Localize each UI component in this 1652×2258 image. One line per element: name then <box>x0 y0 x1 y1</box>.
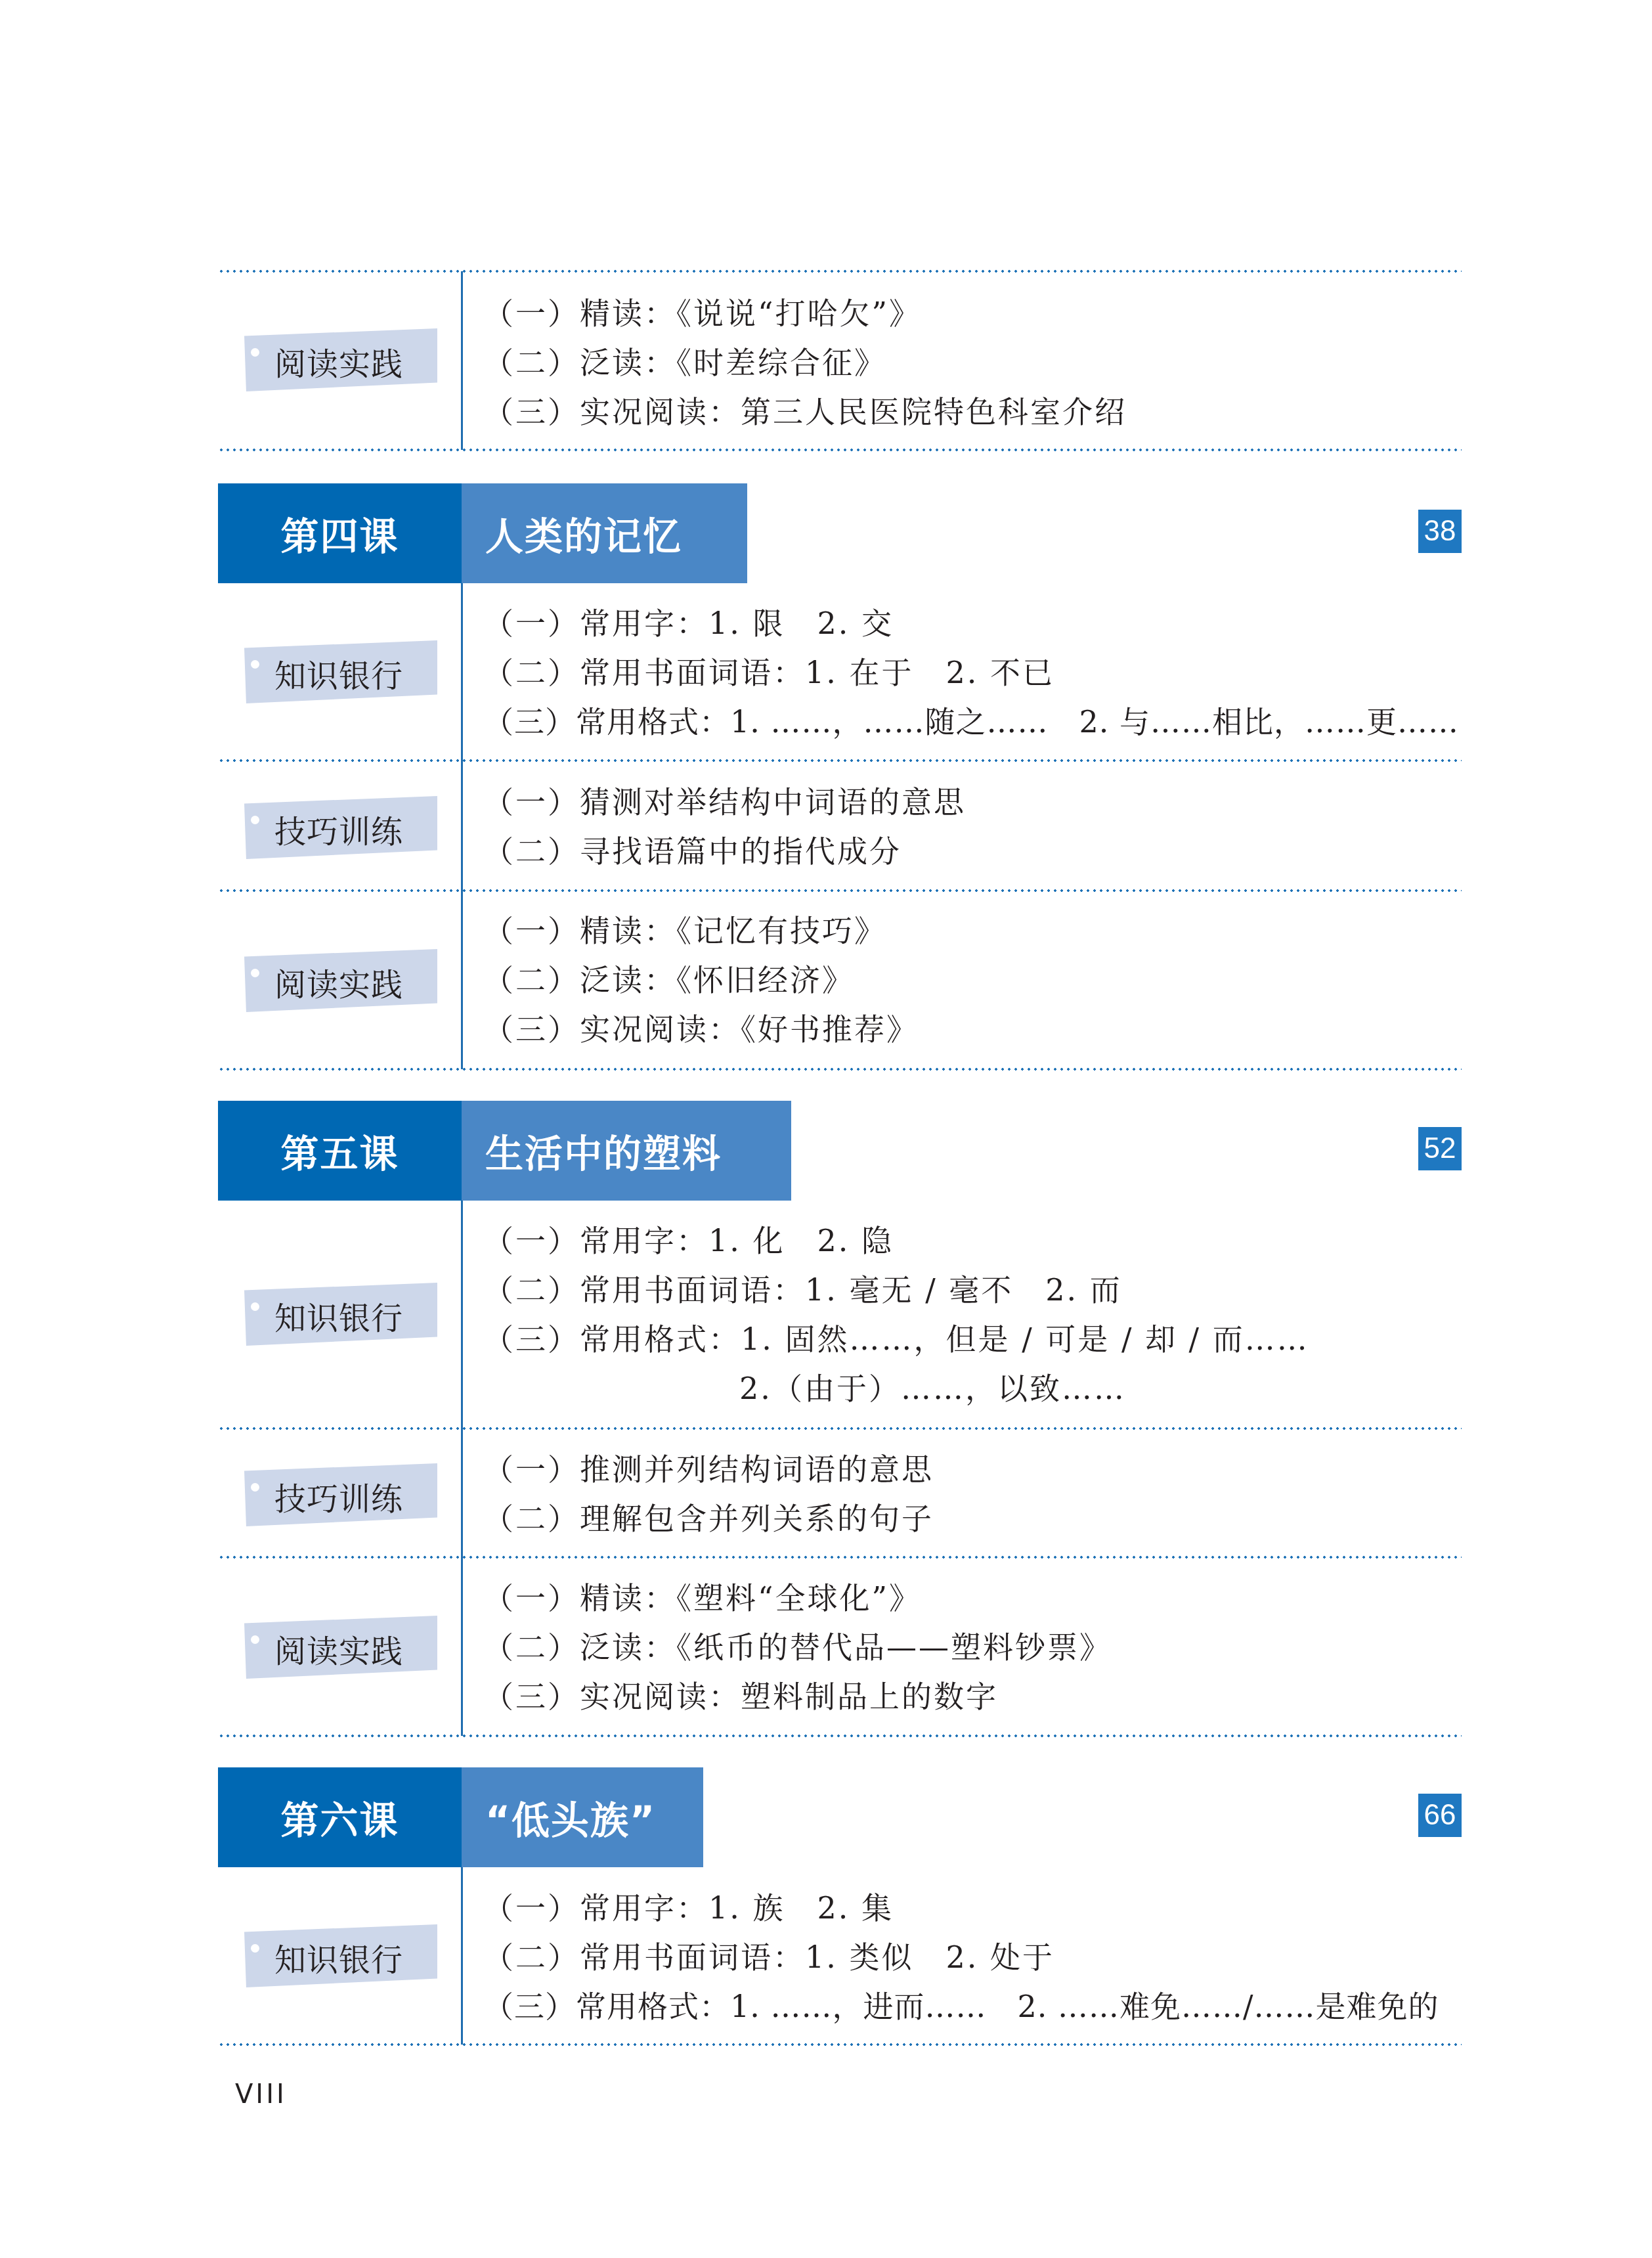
section-label: 阅读实践 <box>274 1626 403 1671</box>
section-label: 阅读实践 <box>274 339 403 384</box>
section-tag-knowledge-bank: 知识银行 <box>244 640 437 703</box>
item-line: （三）实况阅读：塑料制品上的数字 <box>483 1672 1112 1721</box>
tag-hole-icon <box>251 969 259 977</box>
section-label: 知识银行 <box>274 651 403 696</box>
lesson-number[interactable]: 第五课 <box>218 1101 462 1201</box>
section-items: （一）常用字：1. 化 2. 隐 （二）常用书面词语：1. 毫无 / 毫不 2.… <box>483 1216 1309 1413</box>
separator-dotted <box>218 1735 1462 1737</box>
tag-hole-icon <box>251 348 259 357</box>
vertical-divider <box>461 1867 463 2045</box>
item-line: （一）精读：《说说“打哈欠”》 <box>483 289 1127 338</box>
separator-dotted <box>218 449 1462 451</box>
section-tag-skill-training: 技巧训练 <box>244 796 437 859</box>
page-badge[interactable]: 66 <box>1418 1794 1462 1837</box>
item-line: （二）理解包含并列关系的句子 <box>483 1494 934 1543</box>
item-line: （一）精读：《记忆有技巧》 <box>483 906 919 956</box>
section-tag-reading-practice: 阅读实践 <box>244 949 437 1012</box>
section-items: （一）推测并列结构词语的意思 （二）理解包含并列关系的句子 <box>483 1445 934 1543</box>
separator-dotted <box>218 1427 1462 1430</box>
item-line: （一）常用字：1. 化 2. 隐 <box>483 1216 1309 1266</box>
separator-dotted <box>218 759 1462 762</box>
separator-dotted <box>218 270 1462 273</box>
section-items: （一）精读：《记忆有技巧》 （二）泛读：《怀旧经济》 （三）实况阅读：《好书推荐… <box>483 906 919 1054</box>
item-line: （二）泛读：《怀旧经济》 <box>483 956 919 1005</box>
page-number: VIII <box>235 2079 287 2110</box>
section-label: 技巧训练 <box>274 807 403 852</box>
separator-dotted <box>218 2043 1462 2046</box>
tag-hole-icon <box>251 1483 259 1492</box>
item-line: 2.（由于）……，以致…… <box>483 1364 1309 1413</box>
page-badge[interactable]: 38 <box>1418 510 1462 553</box>
section-items: （一）常用字：1. 族 2. 集 （二）常用书面词语：1. 类似 2. 处于 （… <box>483 1884 1439 2031</box>
item-line: （二）常用书面词语：1. 在于 2. 不已 <box>483 648 1459 697</box>
vertical-divider <box>461 583 463 1069</box>
item-line: （一）猜测对举结构中词语的意思 <box>483 778 966 827</box>
section-label: 阅读实践 <box>274 960 403 1005</box>
section-label: 知识银行 <box>274 1935 403 1980</box>
section-items: （一）精读：《塑料“全球化”》 （二）泛读：《纸币的替代品——塑料钞票》 （三）… <box>483 1574 1112 1721</box>
item-line: （一）精读：《塑料“全球化”》 <box>483 1574 1112 1623</box>
lesson-title[interactable]: 生活中的塑料 <box>462 1101 791 1201</box>
vertical-divider <box>461 271 463 450</box>
tag-hole-icon <box>251 1944 259 1953</box>
item-line: （三）常用格式：1. ……，……随之…… 2. 与……相比，……更…… <box>483 697 1459 747</box>
section-items: （一）猜测对举结构中词语的意思 （二）寻找语篇中的指代成分 <box>483 778 966 876</box>
vertical-divider <box>461 1201 463 1736</box>
page-badge[interactable]: 52 <box>1418 1127 1462 1170</box>
item-line: （二）泛读：《纸币的替代品——塑料钞票》 <box>483 1623 1112 1672</box>
lesson-title[interactable]: “低头族” <box>462 1767 703 1867</box>
lesson-title[interactable]: 人类的记忆 <box>462 483 747 583</box>
section-tag-knowledge-bank: 知识银行 <box>244 1924 437 1987</box>
section-items: （一）常用字：1. 限 2. 交 （二）常用书面词语：1. 在于 2. 不已 （… <box>483 599 1459 747</box>
section-tag-reading-practice: 阅读实践 <box>244 1616 437 1679</box>
section-tag-skill-training: 技巧训练 <box>244 1463 437 1526</box>
item-line: （三）实况阅读：第三人民医院特色科室介绍 <box>483 387 1127 437</box>
item-line: （一）常用字：1. 限 2. 交 <box>483 599 1459 648</box>
lesson-number[interactable]: 第六课 <box>218 1767 462 1867</box>
separator-dotted <box>218 1556 1462 1559</box>
item-line: （二）常用书面词语：1. 毫无 / 毫不 2. 而 <box>483 1266 1309 1315</box>
lesson-number[interactable]: 第四课 <box>218 483 462 583</box>
section-items: （一）精读：《说说“打哈欠”》 （二）泛读：《时差综合征》 （三）实况阅读：第三… <box>483 289 1127 437</box>
separator-dotted <box>218 889 1462 892</box>
section-label: 技巧训练 <box>274 1474 403 1519</box>
item-line: （三）常用格式：1. ……，进而…… 2. ……难免……/……是难免的 <box>483 1982 1439 2031</box>
separator-dotted <box>218 1068 1462 1071</box>
item-line: （二）泛读：《时差综合征》 <box>483 338 1127 387</box>
item-line: （一）推测并列结构词语的意思 <box>483 1445 934 1494</box>
item-line: （三）实况阅读：《好书推荐》 <box>483 1005 919 1054</box>
tag-hole-icon <box>251 816 259 824</box>
section-label: 知识银行 <box>274 1293 403 1339</box>
section-tag-knowledge-bank: 知识银行 <box>244 1283 437 1346</box>
section-tag-reading-practice: 阅读实践 <box>244 328 437 391</box>
item-line: （二）寻找语篇中的指代成分 <box>483 827 966 876</box>
item-line: （二）常用书面词语：1. 类似 2. 处于 <box>483 1933 1439 1982</box>
tag-hole-icon <box>251 1635 259 1644</box>
tag-hole-icon <box>251 660 259 669</box>
tag-hole-icon <box>251 1302 259 1311</box>
item-line: （一）常用字：1. 族 2. 集 <box>483 1884 1439 1933</box>
item-line: （三）常用格式：1. 固然……，但是 / 可是 / 却 / 而…… <box>483 1315 1309 1364</box>
